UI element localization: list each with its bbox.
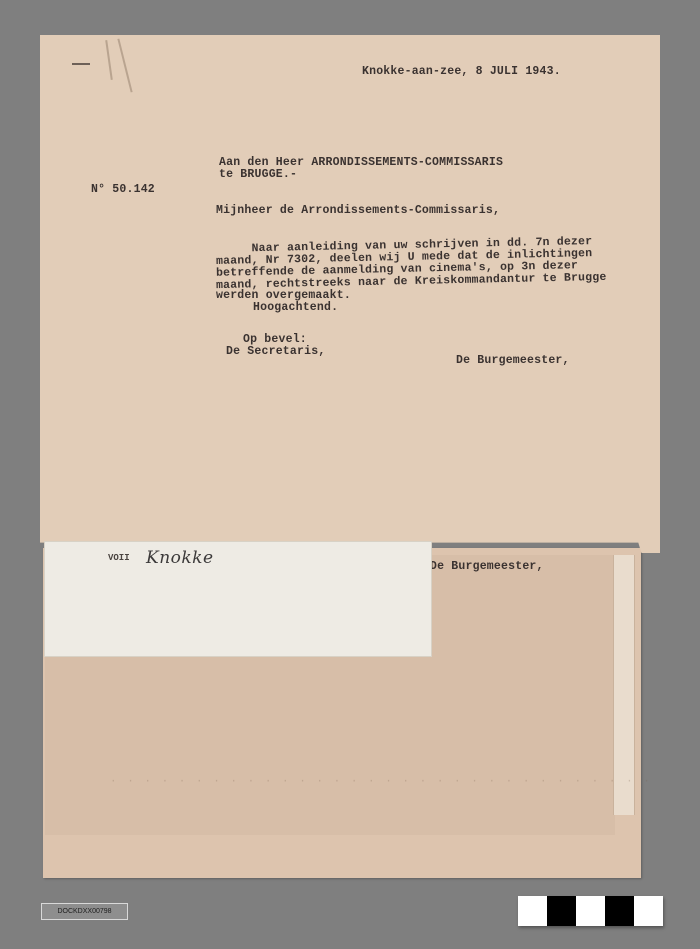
salutation: Mijnheer de Arrondissements-Commissaris,	[216, 205, 500, 217]
show-through-text: · · · · · · · · · · · · · · · · · · · · …	[110, 776, 610, 788]
pin-mark	[72, 63, 90, 65]
scale-segment-white	[518, 896, 547, 926]
secretary-signature-line: De Secretaris,	[226, 346, 325, 358]
scale-segment-black	[605, 896, 634, 926]
scale-segment-black	[547, 896, 576, 926]
scale-segment-white	[576, 896, 605, 926]
scale-segment-white	[634, 896, 663, 926]
reference-number: N° 50.142	[91, 184, 155, 196]
mayor-signature-line: De Burgemeester,	[456, 355, 570, 367]
underlying-mayor-line: De Burgemeester,	[430, 561, 544, 573]
scale-bar	[518, 896, 663, 926]
addressee-line-2: te BRUGGE.-	[219, 169, 297, 181]
slip-label: VOII	[108, 553, 130, 563]
pasted-slip	[44, 541, 432, 657]
handwritten-signature: Knokke	[146, 548, 214, 568]
closing: Hoogachtend.	[253, 302, 338, 314]
place-date: Knokke-aan-zee, 8 JULI 1943.	[362, 66, 561, 78]
document-id-label: DOCKDXX00798	[41, 903, 128, 920]
